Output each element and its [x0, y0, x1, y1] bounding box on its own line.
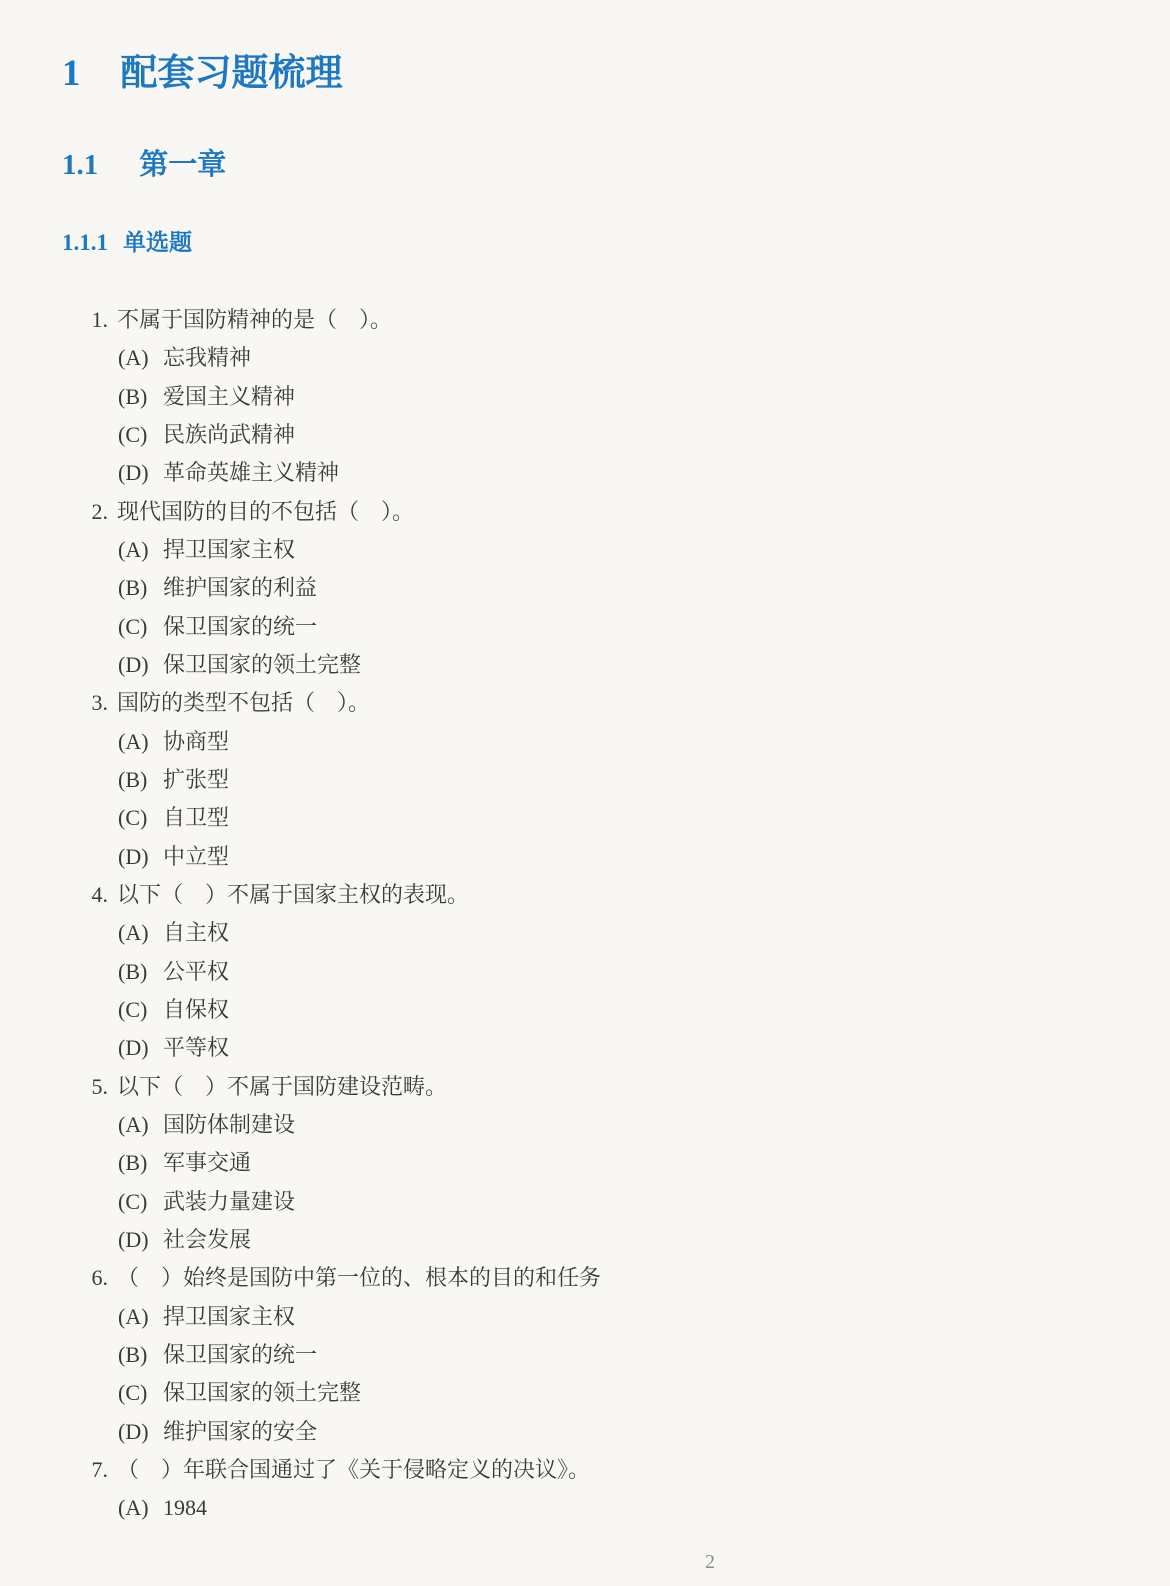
question-title-row: 7.（ ）年联合国通过了《关于侵略定义的决议》。	[63, 1451, 1103, 1489]
question-list: 1.不属于国防精神的是（ ）。(A)忘我精神(B)爱国主义精神(C)民族尚武精神…	[63, 301, 1103, 1528]
option-text: 爱国主义精神	[163, 378, 295, 416]
question-item: 2.现代国防的目的不包括（ ）。(A)捍卫国家主权(B)维护国家的利益(C)保卫…	[63, 493, 1103, 685]
option-text: 忘我精神	[163, 339, 251, 377]
question-text: 以下（ ）不属于国防建设范畴。	[117, 1068, 447, 1106]
option-label: (C)	[118, 991, 163, 1029]
question-text: 不属于国防精神的是（ ）。	[117, 301, 392, 339]
option-label: (A)	[118, 1106, 163, 1144]
option-label: (D)	[118, 1029, 163, 1067]
question-text: （ ）年联合国通过了《关于侵略定义的决议》。	[117, 1451, 590, 1489]
question-text: （ ）始终是国防中第一位的、根本的目的和任务	[117, 1259, 601, 1297]
subsubsection-heading: 1.1.1单选题	[62, 231, 192, 254]
option-item: (A)捍卫国家主权	[63, 1298, 1103, 1336]
option-item: (B)军事交通	[63, 1144, 1103, 1182]
option-item: (D)平等权	[63, 1029, 1103, 1067]
question-item: 3.国防的类型不包括（ ）。(A)协商型(B)扩张型(C)自卫型(D)中立型	[63, 684, 1103, 876]
option-text: 维护国家的利益	[163, 569, 317, 607]
question-text: 以下（ ）不属于国家主权的表现。	[117, 876, 469, 914]
question-number: 7.	[63, 1451, 108, 1489]
page-number: 2	[660, 1551, 760, 1574]
question-number: 5.	[63, 1068, 108, 1106]
option-item: (D)社会发展	[63, 1221, 1103, 1259]
question-item: 6.（ ）始终是国防中第一位的、根本的目的和任务(A)捍卫国家主权(B)保卫国家…	[63, 1259, 1103, 1451]
option-text: 保卫国家的领土完整	[163, 1374, 361, 1412]
option-text: 自卫型	[163, 799, 229, 837]
option-text: 公平权	[163, 953, 229, 991]
question-title-row: 6.（ ）始终是国防中第一位的、根本的目的和任务	[63, 1259, 1103, 1297]
option-item: (A)忘我精神	[63, 339, 1103, 377]
option-text: 武装力量建设	[163, 1183, 295, 1221]
subsubsection-title: 单选题	[123, 230, 192, 255]
subsection-heading: 1.1第一章	[62, 151, 226, 180]
option-text: 保卫国家的统一	[163, 608, 317, 646]
question-number: 2.	[63, 493, 108, 531]
option-label: (D)	[118, 646, 163, 684]
option-item: (B)公平权	[63, 953, 1103, 991]
question-item: 1.不属于国防精神的是（ ）。(A)忘我精神(B)爱国主义精神(C)民族尚武精神…	[63, 301, 1103, 493]
question-number: 3.	[63, 684, 108, 722]
section-number: 1	[62, 55, 81, 92]
question-item: 7.（ ）年联合国通过了《关于侵略定义的决议》。(A)1984	[63, 1451, 1103, 1528]
option-item: (C)保卫国家的统一	[63, 608, 1103, 646]
question-number: 1.	[63, 301, 108, 339]
option-label: (A)	[118, 339, 163, 377]
option-label: (B)	[118, 953, 163, 991]
option-text: 1984	[163, 1489, 207, 1527]
option-label: (C)	[118, 799, 163, 837]
option-text: 保卫国家的统一	[163, 1336, 317, 1374]
option-label: (C)	[118, 416, 163, 454]
option-label: (A)	[118, 531, 163, 569]
option-text: 捍卫国家主权	[163, 531, 295, 569]
option-text: 革命英雄主义精神	[163, 454, 339, 492]
option-label: (A)	[118, 723, 163, 761]
question-title-row: 4.以下（ ）不属于国家主权的表现。	[63, 876, 1103, 914]
option-item: (B)扩张型	[63, 761, 1103, 799]
option-label: (B)	[118, 569, 163, 607]
document-page: 1配套习题梳理 1.1第一章 1.1.1单选题 1.不属于国防精神的是（ ）。(…	[0, 0, 1170, 1586]
option-label: (B)	[118, 378, 163, 416]
option-item: (A)1984	[63, 1489, 1103, 1527]
option-item: (C)保卫国家的领土完整	[63, 1374, 1103, 1412]
option-item: (D)保卫国家的领土完整	[63, 646, 1103, 684]
question-number: 6.	[63, 1259, 108, 1297]
option-item: (D)革命英雄主义精神	[63, 454, 1103, 492]
option-label: (D)	[118, 1221, 163, 1259]
option-item: (D)中立型	[63, 838, 1103, 876]
option-item: (C)自卫型	[63, 799, 1103, 837]
option-text: 自保权	[163, 991, 229, 1029]
question-title-row: 3.国防的类型不包括（ ）。	[63, 684, 1103, 722]
option-label: (B)	[118, 761, 163, 799]
option-text: 民族尚武精神	[163, 416, 295, 454]
option-label: (A)	[118, 1489, 163, 1527]
subsubsection-number: 1.1.1	[62, 231, 108, 254]
option-item: (A)协商型	[63, 723, 1103, 761]
option-text: 保卫国家的领土完整	[163, 646, 361, 684]
option-item: (A)自主权	[63, 914, 1103, 952]
option-label: (C)	[118, 1183, 163, 1221]
option-item: (D)维护国家的安全	[63, 1413, 1103, 1451]
question-title-row: 5.以下（ ）不属于国防建设范畴。	[63, 1068, 1103, 1106]
option-text: 协商型	[163, 723, 229, 761]
option-text: 中立型	[163, 838, 229, 876]
option-item: (C)自保权	[63, 991, 1103, 1029]
subsection-title: 第一章	[139, 149, 226, 181]
option-item: (B)爱国主义精神	[63, 378, 1103, 416]
option-label: (A)	[118, 914, 163, 952]
option-text: 社会发展	[163, 1221, 251, 1259]
question-text: 现代国防的目的不包括（ ）。	[117, 493, 414, 531]
option-label: (C)	[118, 608, 163, 646]
question-title-row: 1.不属于国防精神的是（ ）。	[63, 301, 1103, 339]
option-item: (C)武装力量建设	[63, 1183, 1103, 1221]
option-text: 军事交通	[163, 1144, 251, 1182]
option-item: (B)保卫国家的统一	[63, 1336, 1103, 1374]
question-text: 国防的类型不包括（ ）。	[117, 684, 370, 722]
option-label: (C)	[118, 1374, 163, 1412]
question-item: 5.以下（ ）不属于国防建设范畴。(A)国防体制建设(B)军事交通(C)武装力量…	[63, 1068, 1103, 1260]
option-text: 平等权	[163, 1029, 229, 1067]
option-label: (A)	[118, 1298, 163, 1336]
question-item: 4.以下（ ）不属于国家主权的表现。(A)自主权(B)公平权(C)自保权(D)平…	[63, 876, 1103, 1068]
option-text: 维护国家的安全	[163, 1413, 317, 1451]
option-label: (D)	[118, 1413, 163, 1451]
option-text: 扩张型	[163, 761, 229, 799]
option-text: 国防体制建设	[163, 1106, 295, 1144]
option-text: 捍卫国家主权	[163, 1298, 295, 1336]
option-label: (B)	[118, 1336, 163, 1374]
option-label: (B)	[118, 1144, 163, 1182]
option-item: (A)国防体制建设	[63, 1106, 1103, 1144]
subsection-number: 1.1	[62, 151, 98, 180]
option-item: (B)维护国家的利益	[63, 569, 1103, 607]
section-heading: 1配套习题梳理	[62, 55, 343, 92]
option-label: (D)	[118, 454, 163, 492]
question-number: 4.	[63, 876, 108, 914]
option-item: (A)捍卫国家主权	[63, 531, 1103, 569]
question-title-row: 2.现代国防的目的不包括（ ）。	[63, 493, 1103, 531]
option-label: (D)	[118, 838, 163, 876]
option-text: 自主权	[163, 914, 229, 952]
option-item: (C)民族尚武精神	[63, 416, 1103, 454]
section-title: 配套习题梳理	[121, 53, 343, 94]
